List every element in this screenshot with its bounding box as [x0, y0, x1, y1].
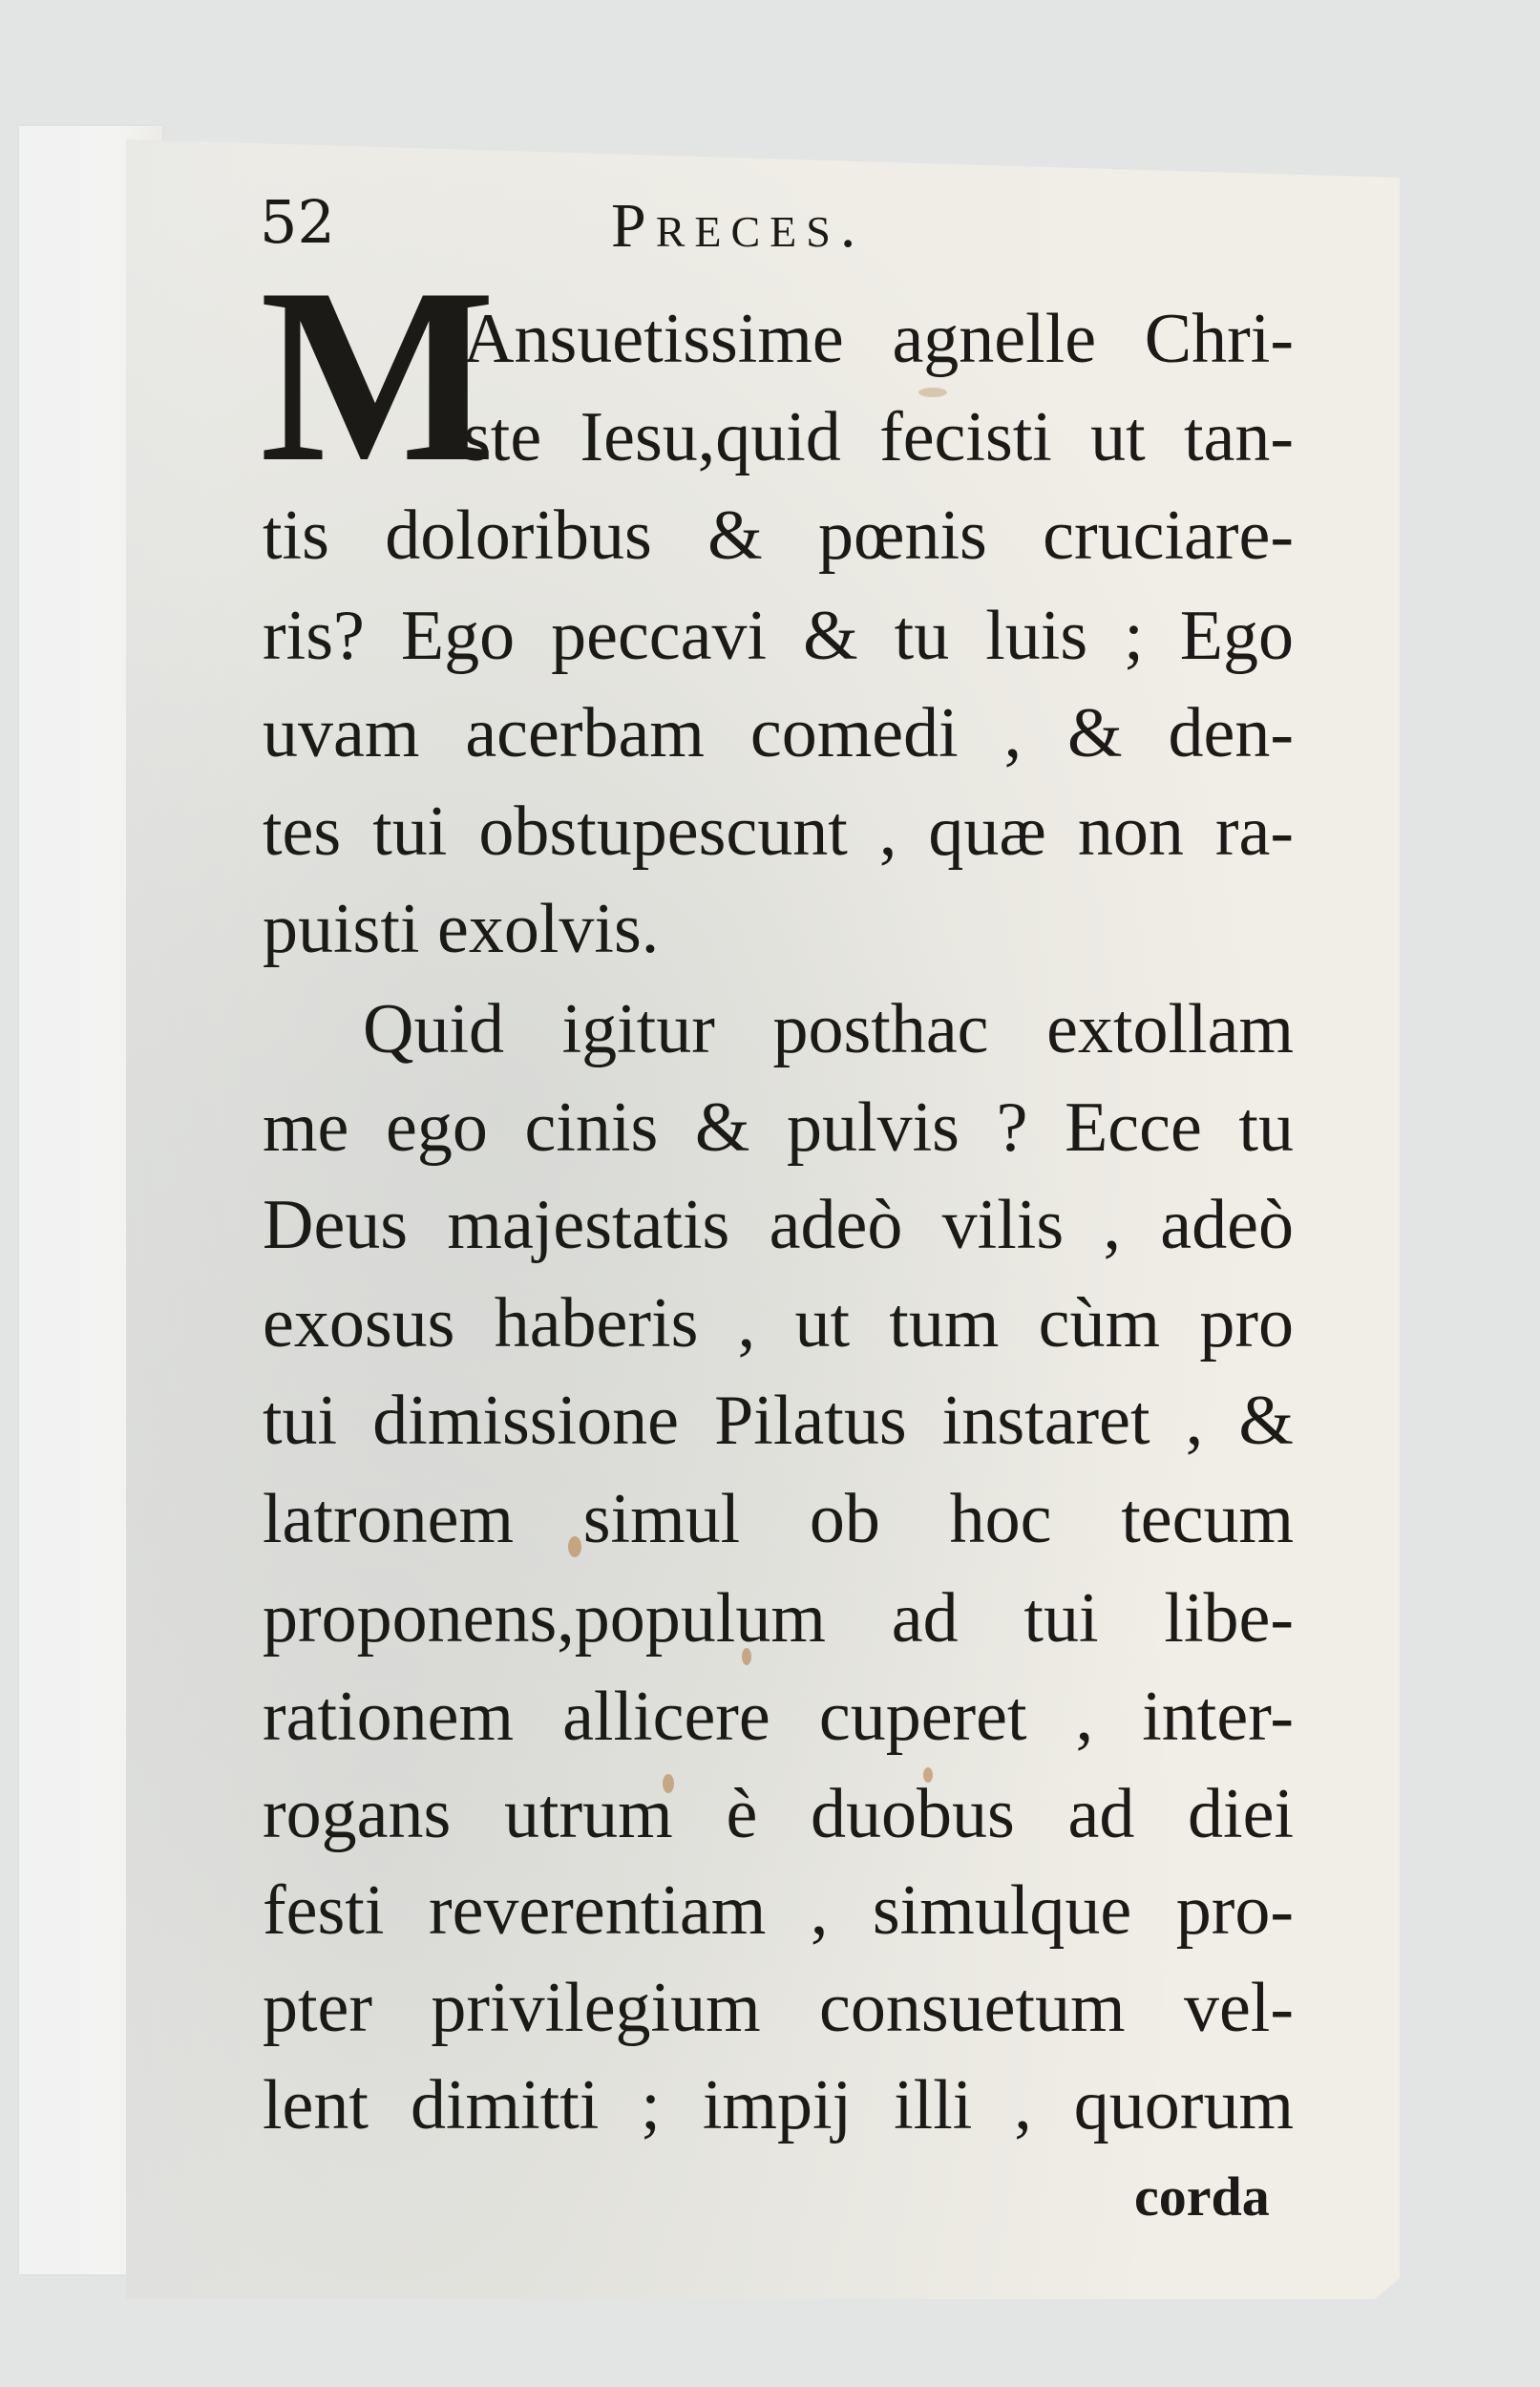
text-line: tis doloribus & pœnis cruciare-	[263, 500, 1294, 571]
drop-cap: M	[260, 250, 490, 500]
text-line: tes tui obstupescunt , quæ non ra-	[263, 796, 1294, 867]
text-line: latronem simul ob hoc tecum	[263, 1484, 1294, 1554]
text-line: Quid igitur posthac extollam	[363, 994, 1294, 1065]
text-line: uvam acerbam comedi , & den-	[263, 698, 1294, 769]
text-line: lent dimitti ; impij illi , quorum	[263, 2070, 1294, 2141]
text-line: tui dimissione Pilatus instaret , &	[263, 1385, 1294, 1456]
text-line: rogans utrum è duobus ad diei	[263, 1779, 1294, 1849]
text-line: rationem allicere cuperet , inter-	[263, 1681, 1294, 1752]
text-line: festi reverentiam , simulque pro-	[263, 1875, 1294, 1946]
text-line: Deus majestatis adeò vilis , adeò	[263, 1190, 1294, 1260]
text-line: Ansuetissime agnelle Chri-	[463, 304, 1294, 374]
text-line: puisti exolvis.	[263, 894, 1294, 964]
text-line: exosus haberis , ut tum cùm pro	[263, 1288, 1294, 1359]
text-line: ste Iesu,quid fecisti ut tan-	[463, 402, 1294, 473]
text-line: proponens,populum ad tui libe-	[263, 1583, 1294, 1654]
text-line: me ego cinis & pulvis ? Ecce tu	[263, 1092, 1294, 1163]
foxing-spot	[918, 388, 947, 397]
text-line: ris? Ego peccavi & tu luis ; Ego	[263, 601, 1294, 671]
running-title: Preces.	[611, 195, 865, 258]
catchword: corda	[1134, 2169, 1270, 2225]
text-line: pter privilegium consuetum vel-	[263, 1973, 1294, 2043]
